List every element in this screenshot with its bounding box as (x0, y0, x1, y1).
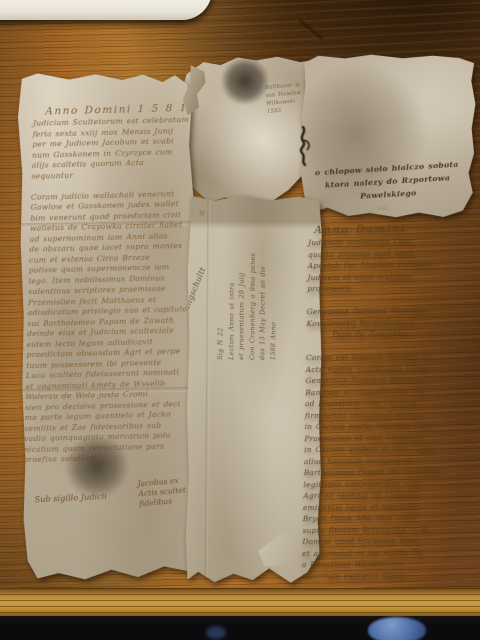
manuscript-text-line: Generosus Dominus Stanislaus (307, 304, 471, 318)
manuscript-top-right: o chlopow siolo bialczo sobotaktora nale… (299, 53, 477, 219)
white-object-edge (0, 0, 212, 20)
right-manuscript-text: Anno DominiJudicium sculteciale Celequar… (302, 221, 473, 583)
manuscript-text-line: Sig N 22 (215, 230, 226, 360)
signature-row: Sub sigillo Judicii Jacobus exActis scul… (34, 477, 186, 509)
top-right-text: o chlopow siolo bialczo sobotaktora nale… (307, 157, 469, 205)
signature-left: Sub sigillo Judicii (34, 477, 108, 511)
manuscript-text-line: et praesentatum 29 Julij (236, 230, 247, 360)
manuscript-text-line: Generosus Dominus Stanislaus (305, 373, 469, 387)
manuscript-text-line: das 13 May Decret an die (257, 230, 268, 360)
manuscript-text-line: 1588 Anno (268, 230, 279, 360)
manuscript-left: Anno Domini 1 5 8 1Judicium Scultetorum … (16, 69, 199, 581)
ink-stain (222, 58, 268, 104)
manuscript-right: Anno DominiJudicium sculteciale Celequar… (295, 209, 474, 586)
photo-scene: Balthasar wson HawlowWilkowski1583 o chl… (0, 0, 480, 640)
fold-crease (205, 194, 211, 584)
manuscript-text-line: Coram est Judicem Banisko scult (306, 350, 470, 364)
signature-right: Jacobus exActis scultetfidelibus (138, 475, 188, 509)
manuscript-text-line: ad Expositum cum Conclub (305, 396, 469, 410)
blue-smear (206, 626, 226, 639)
middle-rotated-text: Sig N 22Lectum Anno ut intraet praesenta… (215, 230, 302, 361)
manuscript-text-line: Cappitulo expresse Quam (302, 568, 466, 582)
manuscript-left-paper: Anno Domini 1 5 8 1Judicium Scultetorum … (16, 69, 199, 581)
left-manuscript-text: Anno Domini 1 5 8 1Judicium Scultetorum … (23, 102, 193, 466)
manuscript-right-paper: Anno DominiJudicium sculteciale Celequar… (295, 209, 474, 586)
red-archive-mark: N (199, 210, 205, 218)
torn-edge-squiggle (293, 126, 315, 166)
blue-object (368, 617, 426, 640)
manuscript-top-right-paper: o chlopow siolo bialczo sobotaktora nale… (299, 53, 477, 219)
